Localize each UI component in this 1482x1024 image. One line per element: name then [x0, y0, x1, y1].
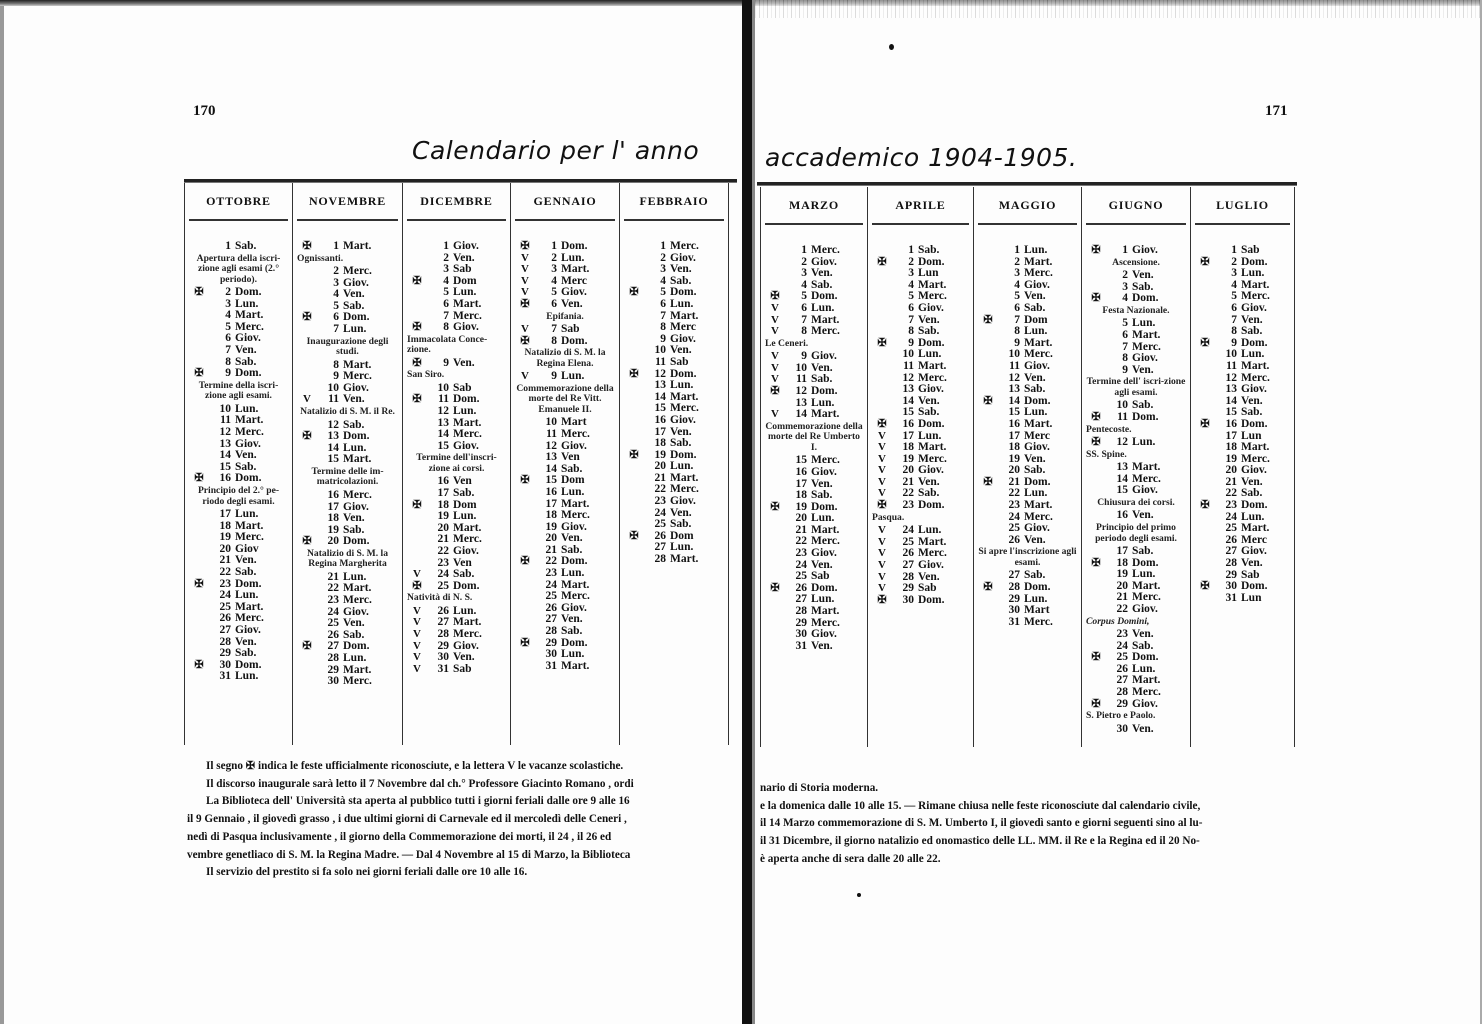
day-number: 16 [209, 473, 235, 485]
empty-marker [1195, 384, 1215, 396]
empty-marker [515, 626, 535, 638]
empty-marker [297, 502, 317, 514]
day-number: 31 [1215, 593, 1241, 605]
day-row: 16Mart. [978, 419, 1077, 431]
day-number: 18 [535, 510, 561, 522]
empty-marker [189, 671, 209, 683]
weekday-label: Lun. [453, 406, 506, 418]
weekday-label: Merc. [343, 266, 398, 278]
day-row: 23Merc. [297, 595, 398, 607]
weekday-label: Giov. [918, 384, 969, 396]
day-number: 5 [427, 287, 453, 299]
footnote-line: e la domenica dalle 10 alle 15. — Rimane… [760, 798, 1203, 816]
holiday-cross-icon: ✠ [297, 536, 317, 548]
empty-marker [765, 513, 785, 525]
day-number: 5 [209, 322, 235, 334]
empty-marker [407, 241, 427, 253]
day-row: 23Giov. [765, 548, 863, 560]
day-number: 31 [209, 671, 235, 683]
day-row: 13Lun. [624, 380, 724, 392]
day-number: 31 [535, 661, 561, 673]
holiday-cross-icon: ✠ [624, 531, 644, 543]
empty-marker [978, 245, 998, 257]
empty-marker [1195, 280, 1215, 292]
day-number: 6 [209, 333, 235, 345]
day-number: 7 [785, 315, 811, 327]
vacation-marker: V [872, 442, 892, 454]
weekday-label: Merc. [453, 629, 506, 641]
day-list: 1Sab✠2Dom.3Lun.4Mart.5Merc.6Giov.7Ven.8S… [1191, 245, 1294, 604]
empty-marker [297, 266, 317, 278]
holiday-cross-icon: ✠ [624, 450, 644, 462]
event-note: Festa Nazionale. [1086, 305, 1186, 319]
day-number: 6 [1215, 303, 1241, 315]
day-list: 1Lun.2Mart.3Merc.4Giov.5Ven.6Sab.✠7Dom8L… [974, 245, 1081, 628]
weekday-label: Giov. [453, 241, 506, 253]
empty-marker [297, 583, 317, 595]
day-number: 2 [1106, 270, 1132, 282]
weekday-label: Lun. [918, 525, 969, 537]
day-number: 16 [317, 490, 343, 502]
empty-marker [297, 278, 317, 290]
empty-marker [297, 324, 317, 336]
day-row: 11Sab [624, 357, 724, 369]
weekday-label: Dom. [235, 368, 288, 380]
vacation-marker: V [515, 324, 535, 336]
day-row: 28Ven. [1195, 558, 1290, 570]
month-column-luglio: LUGLIO1Sab✠2Dom.3Lun.4Mart.5Merc.6Giov.7… [1190, 187, 1295, 747]
day-number: 8 [427, 322, 453, 334]
day-list: ✠1Dom.V2Lun.V3Mart.V4MercV5Giov.✠6Ven.Ep… [511, 241, 619, 672]
empty-marker [624, 253, 644, 265]
weekday-label: Ven. [561, 299, 615, 311]
day-number: 31 [998, 617, 1024, 629]
empty-marker [624, 461, 644, 473]
ink-spot [889, 44, 894, 50]
footnote-line: il 31 Dicembre, il giorno natalizio ed o… [760, 833, 1203, 851]
day-row: ✠16Dom. [872, 419, 969, 431]
event-note: Termine delle im-matricolazioni. [297, 466, 398, 490]
holiday-cross-icon: ✠ [189, 660, 209, 672]
empty-marker [297, 490, 317, 502]
weekday-label: Dom. [343, 536, 398, 548]
day-row: ✠16Dom. [189, 473, 288, 485]
day-row: ✠4Dom. [1086, 293, 1186, 305]
day-row: 28Mart. [624, 554, 724, 566]
empty-marker [1195, 546, 1215, 558]
day-list: ✠1Giov.Ascensione.2Ven.3Sab.✠4Dom.Festa … [1082, 245, 1190, 735]
weekday-label: Ven. [235, 345, 288, 357]
empty-marker [297, 676, 317, 688]
day-row: V24Sab. [407, 569, 506, 581]
empty-marker [407, 441, 427, 453]
day-row: 13Mart. [1086, 462, 1186, 474]
weekday-label: Lun. [343, 324, 398, 336]
empty-marker [515, 649, 535, 661]
day-row: 8Sab. [1195, 326, 1290, 338]
day-row: 11Merc. [515, 429, 615, 441]
day-number: 6 [317, 312, 343, 324]
holiday-cross-icon: ✠ [1086, 699, 1106, 711]
day-number: 3 [317, 278, 343, 290]
day-row: 9Ven. [1086, 365, 1186, 377]
holiday-cross-icon: ✠ [872, 419, 892, 431]
day-number: 8 [1215, 326, 1241, 338]
day-number: 11 [998, 361, 1024, 373]
day-row: ✠8Dom. [515, 336, 615, 348]
day-number: 5 [892, 291, 918, 303]
empty-marker [765, 268, 785, 280]
day-number: 30 [317, 676, 343, 688]
weekday-label: Merc. [1132, 687, 1186, 699]
day-number: 4 [535, 276, 561, 288]
day-row: 11Mart. [1195, 361, 1290, 373]
empty-marker [765, 548, 785, 560]
empty-marker [189, 521, 209, 533]
day-row: 1Sab [1195, 245, 1290, 257]
day-number: 6 [785, 303, 811, 315]
empty-marker [978, 373, 998, 385]
weekday-label: Lun. [1024, 245, 1077, 257]
empty-marker [872, 245, 892, 257]
weekday-label: Giov. [1132, 353, 1186, 365]
holiday-cross-icon: ✠ [515, 475, 535, 487]
day-number: 4 [1215, 280, 1241, 292]
day-number: 3 [535, 264, 561, 276]
empty-marker [189, 637, 209, 649]
empty-marker [765, 525, 785, 537]
weekday-label: Dom. [235, 473, 288, 485]
day-number: 7 [209, 345, 235, 357]
empty-marker [765, 641, 785, 653]
day-list: 1Sab.✠2Dom.3Lun4Mart.5Merc.6Giov.7Ven.8S… [868, 245, 973, 606]
empty-marker [624, 403, 644, 415]
empty-marker [515, 614, 535, 626]
day-number: 17 [209, 509, 235, 521]
day-number: 7 [644, 311, 670, 323]
empty-marker [872, 268, 892, 280]
day-row: 16Giov. [624, 415, 724, 427]
day-row: 12Merc. [189, 427, 288, 439]
weekday-label: Ven. [1132, 629, 1186, 641]
empty-marker [1086, 365, 1106, 377]
day-number: 13 [644, 380, 670, 392]
day-number: 7 [892, 315, 918, 327]
weekday-label: Dom. [1241, 419, 1290, 431]
day-row: 28Merc. [1086, 687, 1186, 699]
day-number: 12 [427, 406, 453, 418]
holiday-cross-icon: ✠ [1195, 338, 1215, 350]
day-row: 23Lun. [515, 568, 615, 580]
vacation-marker: V [765, 326, 785, 338]
holiday-cross-icon: ✠ [297, 312, 317, 324]
weekday-label: Mart. [670, 554, 724, 566]
day-number: 15 [1106, 485, 1132, 497]
empty-marker [297, 513, 317, 525]
day-number: 11 [1215, 361, 1241, 373]
day-number: 8 [535, 336, 561, 348]
weekday-label: Merc. [561, 429, 615, 441]
vacation-marker: V [765, 409, 785, 421]
holiday-cross-icon: ✠ [1086, 558, 1106, 570]
day-number: 11 [892, 361, 918, 373]
weekday-label: Merc. [343, 490, 398, 502]
day-number: 8 [785, 326, 811, 338]
empty-marker [1195, 465, 1215, 477]
day-number: 2 [209, 287, 235, 299]
weekday-label: Giov. [1024, 361, 1077, 373]
weekday-label: Dom. [918, 419, 969, 431]
empty-marker [515, 603, 535, 615]
empty-marker [624, 345, 644, 357]
weekday-label: Lun. [235, 509, 288, 521]
empty-marker [978, 326, 998, 338]
weekday-label: Sab [561, 324, 615, 336]
holiday-cross-icon: ✠ [872, 500, 892, 512]
day-row: ✠8Giov. [407, 322, 506, 334]
footnote-line: Il servizio del prestito si fa solo nei … [187, 864, 634, 882]
empty-marker [297, 607, 317, 619]
event-note: Ognissanti. [297, 253, 398, 267]
day-row: 1Merc. [624, 241, 724, 253]
empty-marker [189, 544, 209, 556]
holiday-cross-icon: ✠ [624, 287, 644, 299]
day-number: 23 [644, 496, 670, 508]
day-row: 17Sab. [407, 488, 506, 500]
empty-marker [624, 322, 644, 334]
day-number: 15 [427, 441, 453, 453]
day-number: 4 [209, 310, 235, 322]
holiday-cross-icon: ✠ [872, 257, 892, 269]
empty-marker [407, 511, 427, 523]
empty-marker [872, 326, 892, 338]
empty-marker [978, 605, 998, 617]
empty-marker [624, 392, 644, 404]
empty-marker [1086, 581, 1106, 593]
holiday-cross-icon: ✠ [407, 394, 427, 406]
holiday-cross-icon: ✠ [1086, 412, 1106, 424]
empty-marker [189, 590, 209, 602]
empty-marker [978, 535, 998, 547]
day-number: 4 [892, 280, 918, 292]
empty-marker [189, 404, 209, 416]
month-header: APRILE [868, 187, 973, 223]
empty-marker [978, 349, 998, 361]
weekday-label: Giov. [1241, 303, 1290, 315]
day-row: 13Giov. [872, 384, 969, 396]
day-row: 26Ven. [978, 535, 1077, 547]
day-number: 3 [427, 264, 453, 276]
weekday-label: Dom. [1132, 412, 1186, 424]
day-number: 2 [317, 266, 343, 278]
weekday-label: Dom. [235, 287, 288, 299]
weekday-label: Merc. [343, 595, 398, 607]
day-row: 24Lun. [189, 590, 288, 602]
day-row: V9Lun. [515, 371, 615, 383]
weekday-label: Sab [1241, 245, 1290, 257]
day-row: 12Lun. [407, 406, 506, 418]
day-number: 7 [1215, 315, 1241, 327]
empty-marker [407, 418, 427, 430]
holiday-cross-icon: ✠ [978, 582, 998, 594]
day-row: 11Mart. [872, 361, 969, 373]
holiday-cross-icon: ✠ [978, 315, 998, 327]
event-note: Commemorazione della morte del Re Vitt. … [515, 383, 615, 418]
holiday-cross-icon: ✠ [765, 502, 785, 514]
empty-marker [297, 360, 317, 372]
day-row: 28Lun. [297, 653, 398, 665]
empty-marker [297, 572, 317, 584]
holiday-cross-icon: ✠ [297, 241, 317, 253]
empty-marker [1086, 724, 1106, 736]
day-row: 2Ven. [1086, 270, 1186, 282]
holiday-cross-icon: ✠ [515, 638, 535, 650]
empty-marker [978, 303, 998, 315]
empty-marker [297, 443, 317, 455]
empty-marker [407, 488, 427, 500]
day-row: V8Merc. [765, 326, 863, 338]
footnote-line: vembre genetliaco di S. M. la Regina Mad… [187, 847, 634, 865]
empty-marker [189, 567, 209, 579]
day-row: 15Giov. [1086, 485, 1186, 497]
day-number: 24 [427, 569, 453, 581]
month-column-marzo: MARZO1Merc.2Giov.3Ven.4Sab.✠5Dom.V6Lun.V… [760, 187, 867, 747]
weekday-label: Giov. [1024, 442, 1077, 454]
day-number: 4 [644, 276, 670, 288]
holiday-cross-icon: ✠ [407, 276, 427, 288]
day-number: 7 [317, 324, 343, 336]
weekday-label: Giov. [811, 548, 863, 560]
empty-marker [1086, 569, 1106, 581]
day-number: 5 [535, 287, 561, 299]
footnote-line: il 9 Gennaio , il giovedì grasso , i due… [187, 811, 634, 829]
day-number: 23 [892, 500, 918, 512]
day-row: ✠16Dom. [1195, 419, 1290, 431]
empty-marker [1086, 592, 1106, 604]
day-row: 17Sab. [1086, 546, 1186, 558]
weekday-label: Giov. [670, 496, 724, 508]
weekday-label: Dom. [1024, 582, 1077, 594]
empty-marker [407, 253, 427, 265]
day-number: 1 [427, 241, 453, 253]
holiday-cross-icon: ✠ [189, 287, 209, 299]
holiday-cross-icon: ✠ [624, 369, 644, 381]
header-rule [1195, 223, 1290, 225]
header-rule [1086, 223, 1186, 225]
empty-marker [624, 554, 644, 566]
holiday-cross-icon: ✠ [407, 358, 427, 370]
ink-spot [857, 893, 861, 897]
weekday-label: Dom. [561, 336, 615, 348]
day-number: 5 [1215, 291, 1241, 303]
scan-noise [752, 0, 1482, 18]
day-number: 6 [427, 299, 453, 311]
page-number-right: 171 [1265, 103, 1288, 120]
weekday-label: Ven. [453, 358, 506, 370]
holiday-cross-icon: ✠ [1086, 652, 1106, 664]
day-row: 11Giov. [978, 361, 1077, 373]
header-rule [407, 219, 506, 221]
day-number: 16 [892, 419, 918, 431]
day-number: 2 [998, 257, 1024, 269]
month-column-giugno: GIUGNO✠1Giov.Ascensione.2Ven.3Sab.✠4Dom.… [1081, 187, 1190, 747]
day-number: 30 [892, 595, 918, 607]
weekday-label: Mart. [1241, 442, 1290, 454]
day-number: 24 [892, 525, 918, 537]
day-row: 30Merc. [297, 676, 398, 688]
weekday-label: Sab. [1132, 546, 1186, 558]
empty-marker [872, 373, 892, 385]
month-column-aprile: APRILE1Sab.✠2Dom.3Lun4Mart.5Merc.6Giov.7… [867, 187, 973, 747]
weekday-label: Sab [918, 583, 969, 595]
table-top-rule-right [757, 182, 1297, 186]
empty-marker [872, 396, 892, 408]
holiday-cross-icon: ✠ [189, 368, 209, 380]
empty-marker [765, 245, 785, 257]
weekday-label: Sab. [235, 241, 288, 253]
day-row: ✠23Dom. [872, 500, 969, 512]
empty-marker [978, 407, 998, 419]
empty-marker [624, 357, 644, 369]
empty-marker [872, 315, 892, 327]
day-number: 29 [209, 648, 235, 660]
day-number: 3 [1106, 282, 1132, 294]
day-row: ✠9Dom. [189, 368, 288, 380]
empty-marker [1086, 353, 1106, 365]
empty-marker [297, 595, 317, 607]
empty-marker [515, 591, 535, 603]
empty-marker [624, 264, 644, 276]
day-row: 16Ven. [1086, 510, 1186, 522]
day-number: 13 [1106, 462, 1132, 474]
month-header: MARZO [761, 187, 867, 223]
day-row: V29Sab [872, 583, 969, 595]
empty-marker [1195, 373, 1215, 385]
empty-marker [515, 429, 535, 441]
day-row: 18Sab. [765, 490, 863, 502]
empty-marker [1086, 664, 1106, 676]
day-number: 26 [998, 535, 1024, 547]
event-note: Termine della iscri-zione agli esami. [189, 380, 288, 404]
day-row: 1Sab. [189, 241, 288, 253]
day-number: 2 [644, 253, 670, 265]
day-number: 16 [644, 415, 670, 427]
empty-marker [872, 280, 892, 292]
event-note: Ascensione. [1086, 257, 1186, 271]
empty-marker [978, 500, 998, 512]
day-row: 28Mart. [765, 606, 863, 618]
day-number: 17 [427, 488, 453, 500]
day-number: 1 [998, 245, 1024, 257]
day-row: 17Lun. [189, 509, 288, 521]
day-row: 18Mart. [1195, 442, 1290, 454]
empty-marker [297, 653, 317, 665]
day-row: 6Sab. [978, 303, 1077, 315]
holiday-cross-icon: ✠ [1195, 257, 1215, 269]
day-list: 1Giov.2Ven.3Sab✠4Dom5Lun.6Mart.7Merc.✠8G… [403, 241, 510, 675]
empty-marker [978, 442, 998, 454]
weekday-label: Lun. [1132, 437, 1186, 449]
day-number: 23 [317, 595, 343, 607]
day-row: 31Merc. [978, 617, 1077, 629]
month-header: NOVEMBRE [293, 183, 402, 219]
empty-marker [515, 533, 535, 545]
day-row: 15Mart. [297, 454, 398, 466]
day-number: 8 [1106, 353, 1132, 365]
empty-marker [1086, 342, 1106, 354]
day-row: 22Sab. [189, 567, 288, 579]
day-number: 8 [644, 322, 670, 334]
